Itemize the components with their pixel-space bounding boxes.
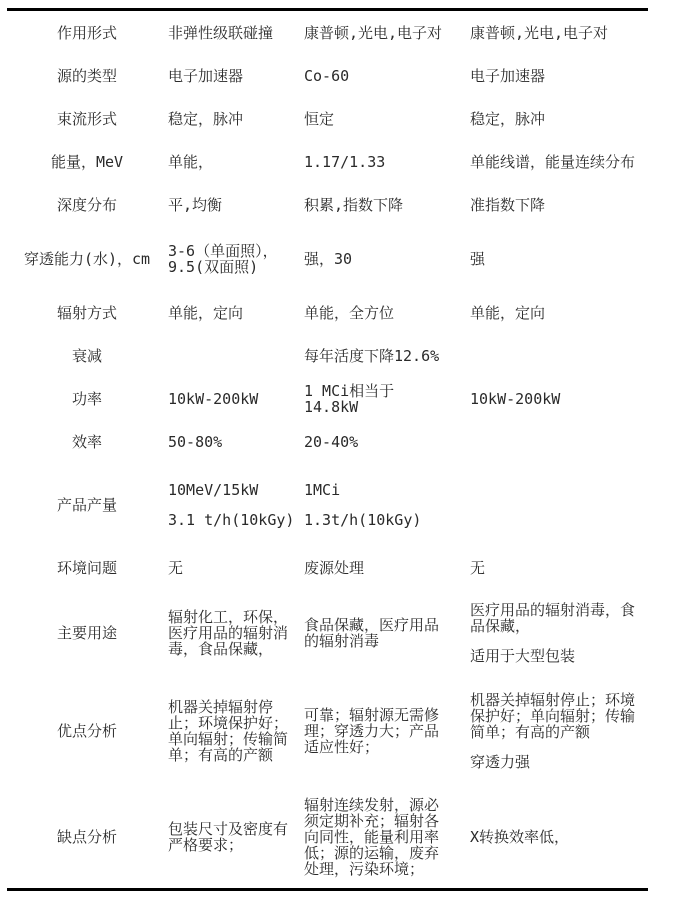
value-cell: 废源处理 [303,546,469,589]
cell-paragraph: 适用于大型包装 [470,648,638,664]
table-row: 缺点分析包装尺寸及密度有严格要求；辐射连续发射，源必须定期补充；辐射各向同性，能… [7,786,648,888]
cell-paragraph: 单能， [168,154,297,170]
cell-paragraph: 1 MCi相当于14.8kW [304,383,445,415]
table-row: 深度分布平,均衡积累,指数下降准指数下降 [7,183,648,226]
row-label: 源的类型 [7,54,167,97]
value-cell [469,463,648,546]
cell-paragraph: 10kW-200kW [168,391,297,407]
value-cell: 食品保藏，医疗用品的辐射消毒 [303,589,469,676]
table-row: 效率50-80%20-40% [7,420,648,463]
cell-paragraph: 单能，全方位 [304,305,445,321]
cell-paragraph: 机器关掉辐射停止；环境保护好；单向辐射；传输简单；有高的产额 [168,699,297,763]
cell-paragraph: 电子加速器 [168,68,297,84]
cell-paragraph: 非弹性级联碰撞 [168,25,297,41]
value-cell: 准指数下降 [469,183,648,226]
value-cell: 电子加速器 [469,54,648,97]
value-cell: 强 [469,226,648,291]
table-row: 作用形式非弹性级联碰撞康普顿,光电,电子对康普顿,光电,电子对 [7,11,648,54]
row-label: 环境问题 [7,546,167,589]
cell-paragraph: Co-60 [304,68,445,84]
cell-paragraph: 1.17/1.33 [304,154,445,170]
value-cell: 辐射化工，环保，医疗用品的辐射消毒，食品保藏， [167,589,303,676]
cell-paragraph: 可靠；辐射源无需修理；穿透力大；产品适应性好； [304,707,445,755]
cell-paragraph: 机器关掉辐射停止；环境保护好；单向辐射；传输简单；有高的产额 [470,692,638,740]
cell-paragraph: 单能，定向 [168,305,297,321]
cell-paragraph: 50-80% [168,434,297,450]
value-cell: 辐射连续发射，源必须定期补充；辐射各向同性，能量利用率低；源的运输，废弃处理，污… [303,786,469,888]
cell-paragraph: 20-40% [304,434,445,450]
cell-paragraph: 单能，定向 [470,305,638,321]
row-label: 能量，MeV [7,140,167,183]
value-cell: 稳定，脉冲 [469,97,648,140]
cell-paragraph: 辐射连续发射，源必须定期补充；辐射各向同性，能量利用率低；源的运输，废弃处理，污… [304,797,445,877]
value-cell: 非弹性级联碰撞 [167,11,303,54]
value-cell: 医疗用品的辐射消毒，食品保藏，适用于大型包装 [469,589,648,676]
table-row: 优点分析机器关掉辐射停止；环境保护好；单向辐射；传输简单；有高的产额可靠；辐射源… [7,676,648,786]
value-cell [469,334,648,377]
value-cell: 包装尺寸及密度有严格要求； [167,786,303,888]
value-cell: 20-40% [303,420,469,463]
table-row: 产品产量10MeV/15kW3.1 t/h(10kGy)1MCi1.3t/h(1… [7,463,648,546]
row-label: 衰减 [7,334,167,377]
row-label: 深度分布 [7,183,167,226]
value-cell: 稳定，脉冲 [167,97,303,140]
value-cell: 单能，定向 [469,291,648,334]
cell-paragraph: 准指数下降 [470,197,638,213]
value-cell: 无 [167,546,303,589]
cell-paragraph: 医疗用品的辐射消毒，食品保藏， [470,602,638,634]
row-label: 优点分析 [7,676,167,786]
value-cell: 1MCi1.3t/h(10kGy) [303,463,469,546]
value-cell: 10kW-200kW [469,377,648,420]
cell-paragraph: 废源处理 [304,560,445,576]
cell-paragraph: 辐射化工，环保，医疗用品的辐射消毒，食品保藏， [168,609,297,657]
comparison-table: 作用形式非弹性级联碰撞康普顿,光电,电子对康普顿,光电,电子对源的类型电子加速器… [7,8,648,891]
cell-paragraph: X转换效率低， [470,829,638,845]
value-cell: X转换效率低， [469,786,648,888]
value-cell: 平,均衡 [167,183,303,226]
cell-paragraph: 稳定，脉冲 [168,111,297,127]
value-cell: 单能， [167,140,303,183]
row-label: 辐射方式 [7,291,167,334]
cell-paragraph: 康普顿,光电,电子对 [470,25,638,41]
cell-paragraph: 食品保藏，医疗用品的辐射消毒 [304,617,445,649]
value-cell: 1.17/1.33 [303,140,469,183]
row-label: 产品产量 [7,463,167,546]
value-cell: 机器关掉辐射停止；环境保护好；单向辐射；传输简单；有高的产额穿透力强 [469,676,648,786]
value-cell: 3-6（单面照），9.5(双面照) [167,226,303,291]
cell-paragraph: 每年活度下降12.6% [304,348,445,364]
row-label: 缺点分析 [7,786,167,888]
table-row: 衰减每年活度下降12.6% [7,334,648,377]
cell-paragraph: 无 [470,560,638,576]
comparison-table-grid: 作用形式非弹性级联碰撞康普顿,光电,电子对康普顿,光电,电子对源的类型电子加速器… [7,11,648,888]
cell-paragraph: 单能线谱，能量连续分布 [470,154,638,170]
value-cell: 可靠；辐射源无需修理；穿透力大；产品适应性好； [303,676,469,786]
value-cell: 电子加速器 [167,54,303,97]
value-cell: 单能，定向 [167,291,303,334]
cell-paragraph: 强 [470,251,638,267]
cell-paragraph: 包装尺寸及密度有严格要求； [168,821,297,853]
cell-paragraph: 电子加速器 [470,68,638,84]
table-row: 主要用途辐射化工，环保，医疗用品的辐射消毒，食品保藏，食品保藏，医疗用品的辐射消… [7,589,648,676]
cell-paragraph: 1MCi [304,482,445,498]
table-row: 环境问题无废源处理无 [7,546,648,589]
row-label: 穿透能力(水)，cm [7,226,167,291]
value-cell [167,334,303,377]
comparison-table-body: 作用形式非弹性级联碰撞康普顿,光电,电子对康普顿,光电,电子对源的类型电子加速器… [7,11,648,888]
cell-paragraph: 恒定 [304,111,445,127]
table-row: 能量，MeV单能，1.17/1.33单能线谱，能量连续分布 [7,140,648,183]
value-cell: 康普顿,光电,电子对 [469,11,648,54]
row-label: 束流形式 [7,97,167,140]
value-cell: 无 [469,546,648,589]
cell-paragraph: 3-6（单面照），9.5(双面照) [168,243,297,275]
value-cell: 机器关掉辐射停止；环境保护好；单向辐射；传输简单；有高的产额 [167,676,303,786]
cell-paragraph: 积累,指数下降 [304,197,445,213]
value-cell: 恒定 [303,97,469,140]
value-cell [469,420,648,463]
value-cell: 10MeV/15kW3.1 t/h(10kGy) [167,463,303,546]
value-cell: 积累,指数下降 [303,183,469,226]
row-label: 作用形式 [7,11,167,54]
table-row: 穿透能力(水)，cm3-6（单面照），9.5(双面照)强，30强 [7,226,648,291]
cell-paragraph: 穿透力强 [470,754,638,770]
value-cell: 50-80% [167,420,303,463]
value-cell: 每年活度下降12.6% [303,334,469,377]
cell-paragraph: 10MeV/15kW [168,482,297,498]
cell-paragraph: 无 [168,560,297,576]
cell-paragraph: 稳定，脉冲 [470,111,638,127]
cell-paragraph: 平,均衡 [168,197,297,213]
row-label: 主要用途 [7,589,167,676]
value-cell: Co-60 [303,54,469,97]
value-cell: 强，30 [303,226,469,291]
cell-paragraph: 1.3t/h(10kGy) [304,512,445,528]
cell-paragraph: 康普顿,光电,电子对 [304,25,445,41]
cell-paragraph: 3.1 t/h(10kGy) [168,512,297,528]
value-cell: 康普顿,光电,电子对 [303,11,469,54]
cell-paragraph: 强，30 [304,251,445,267]
value-cell: 单能线谱，能量连续分布 [469,140,648,183]
row-label: 效率 [7,420,167,463]
table-row: 源的类型电子加速器Co-60电子加速器 [7,54,648,97]
value-cell: 1 MCi相当于14.8kW [303,377,469,420]
table-row: 束流形式稳定，脉冲恒定稳定，脉冲 [7,97,648,140]
value-cell: 单能，全方位 [303,291,469,334]
row-label: 功率 [7,377,167,420]
cell-paragraph: 10kW-200kW [470,391,638,407]
table-row: 辐射方式单能，定向单能，全方位单能，定向 [7,291,648,334]
value-cell: 10kW-200kW [167,377,303,420]
table-row: 功率10kW-200kW1 MCi相当于14.8kW10kW-200kW [7,377,648,420]
